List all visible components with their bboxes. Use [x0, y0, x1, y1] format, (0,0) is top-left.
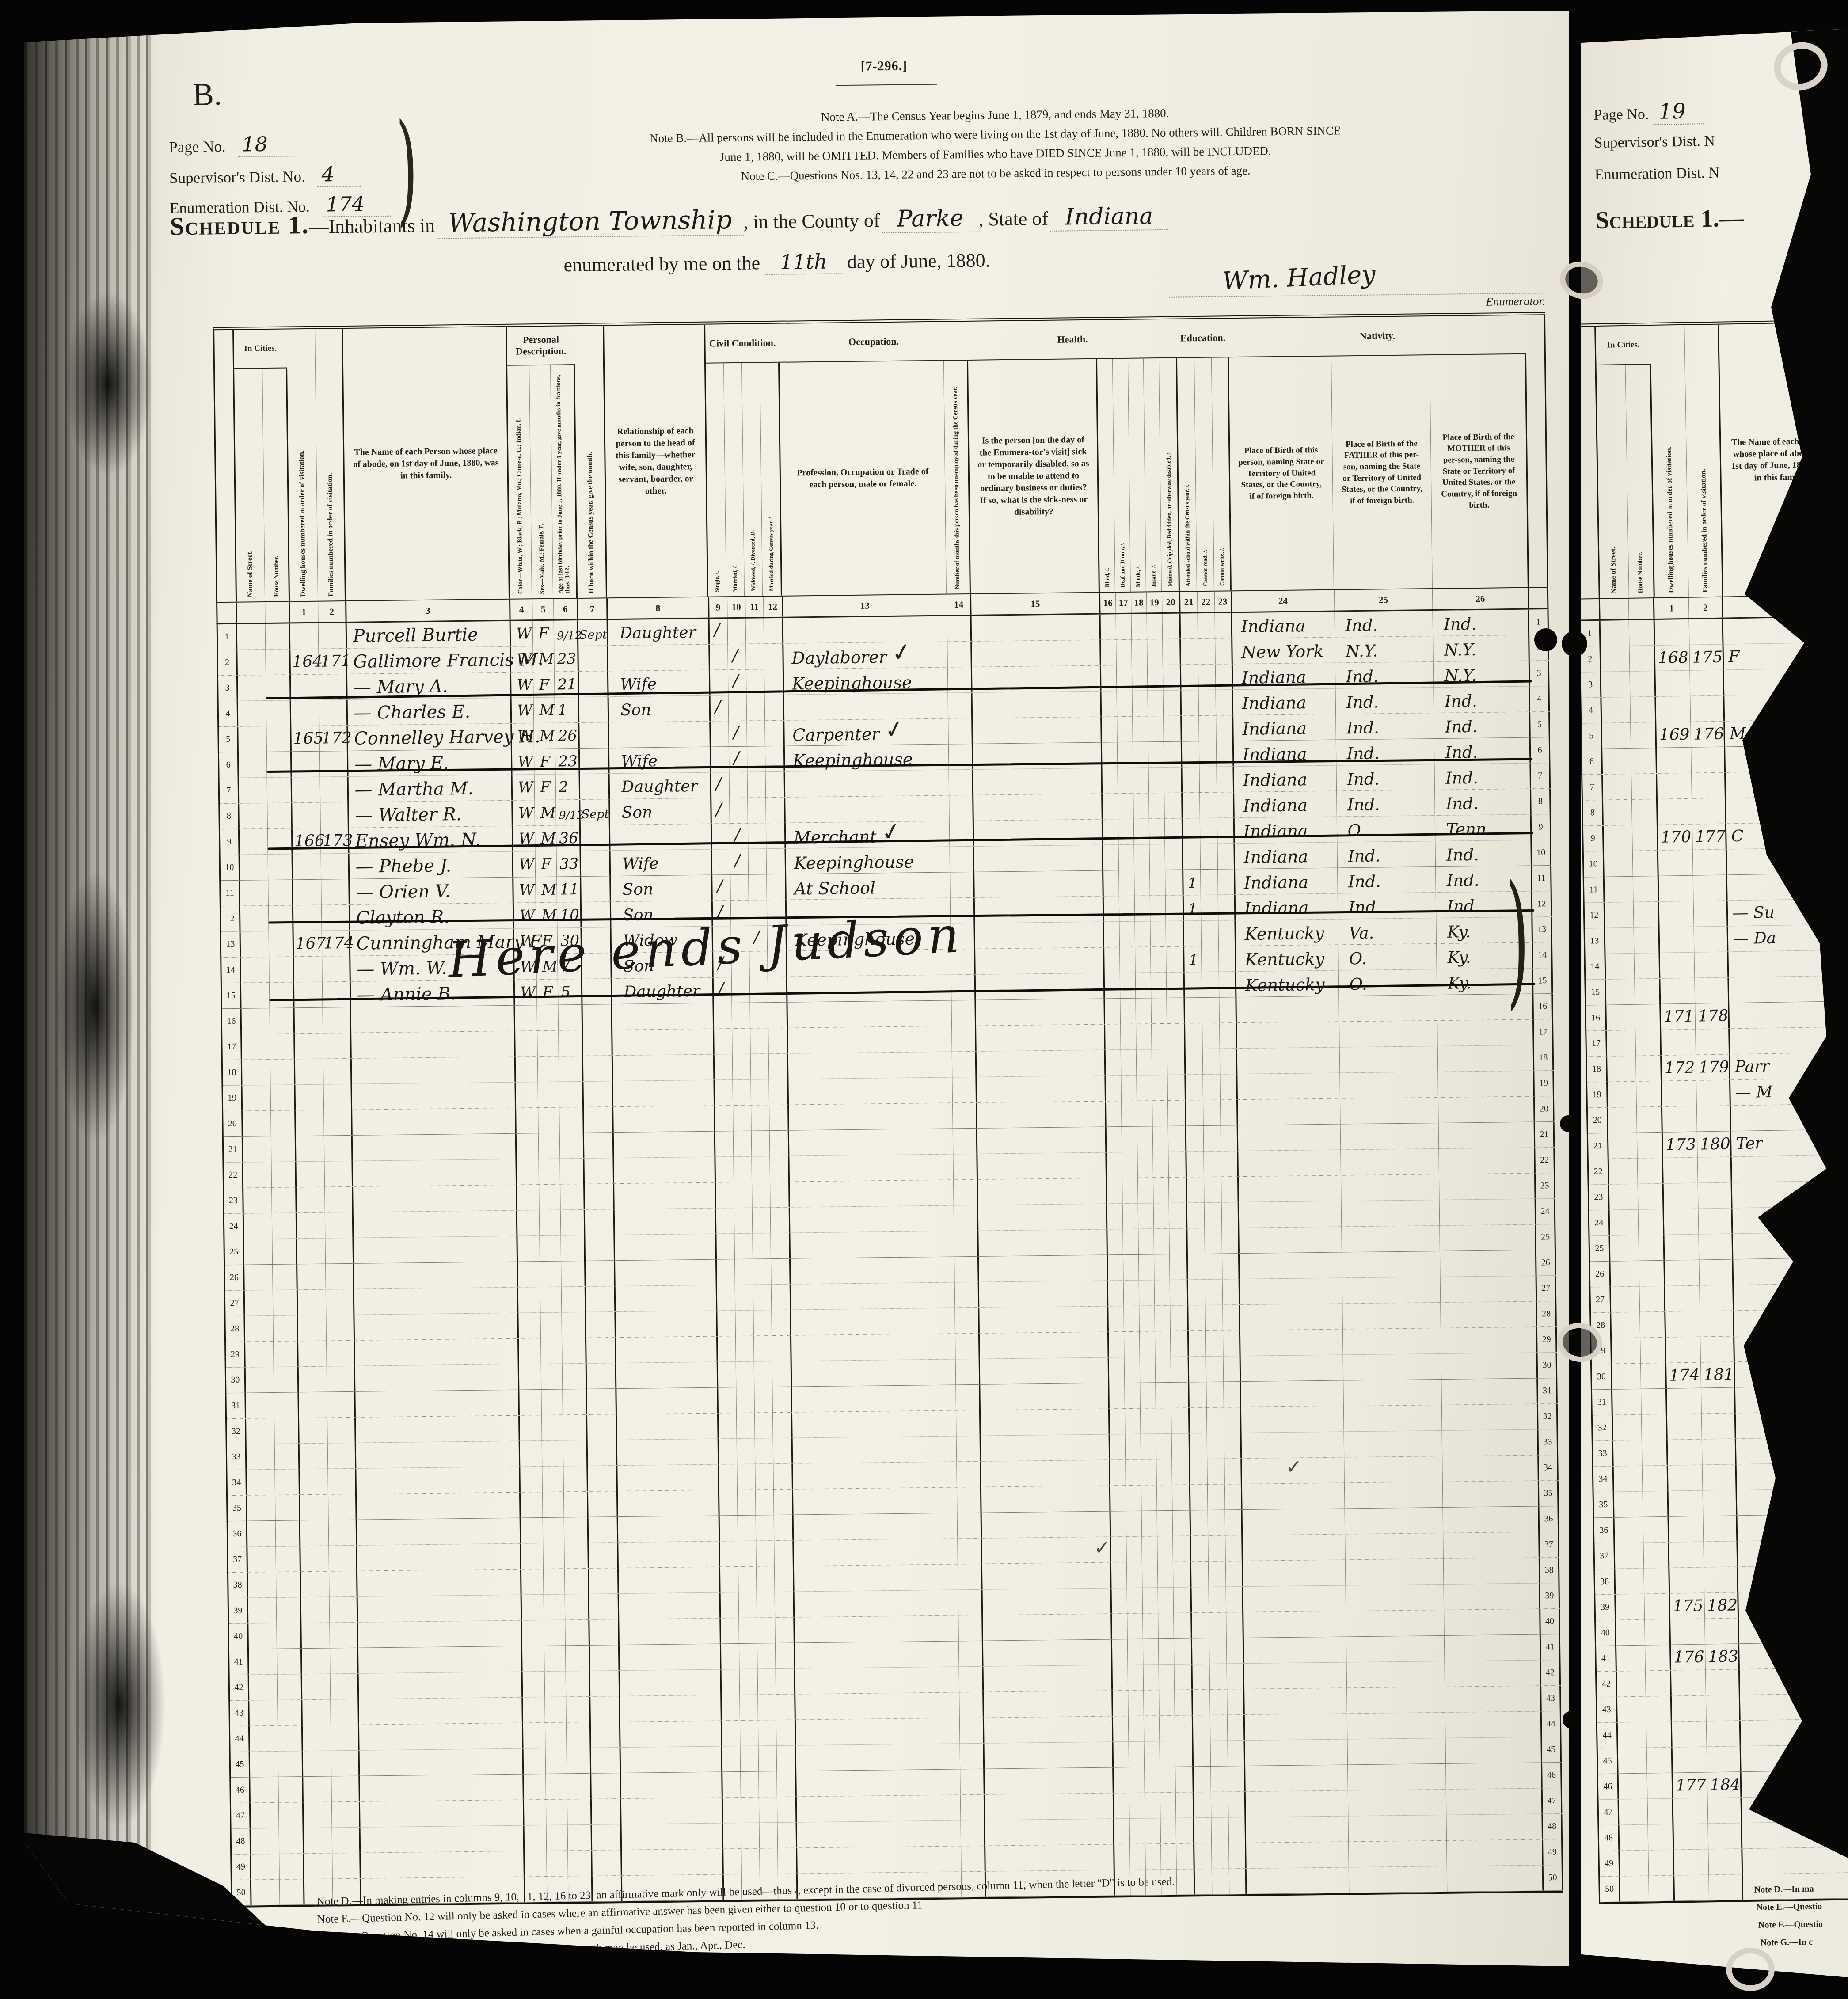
cell-maimed — [1170, 1254, 1188, 1279]
cell-families — [323, 1059, 352, 1084]
person-name: — Annie B. — [357, 984, 456, 1005]
cell-idiotic — [1143, 1613, 1159, 1638]
row-number: 33 — [227, 1444, 247, 1470]
cell-families — [329, 1597, 358, 1623]
cell-deaf — [1129, 1767, 1145, 1793]
column-number-1: 1 — [290, 602, 318, 623]
cell-month — [587, 1363, 617, 1389]
cell-month — [584, 1081, 614, 1107]
cell-relationship — [618, 1490, 719, 1517]
row-number: 39 — [229, 1598, 249, 1623]
cell-relationship — [615, 1209, 716, 1235]
cell-birth_father — [1345, 1533, 1444, 1560]
cell-house — [278, 1751, 303, 1777]
cell-house — [276, 1546, 301, 1572]
cell-house — [1636, 1056, 1662, 1081]
cell-school — [1183, 844, 1201, 869]
right-page-no-label: Page No. — [1593, 106, 1649, 123]
cell-deaf — [1126, 1511, 1142, 1536]
cell-single — [719, 1439, 738, 1464]
age-value: 21 — [557, 676, 577, 693]
row-number: 25 — [1536, 1224, 1556, 1250]
cell-age — [559, 1056, 584, 1082]
cell-married_cy — [770, 1182, 790, 1207]
cell-street — [1610, 1235, 1639, 1261]
cell-birth_mother — [1442, 1404, 1538, 1430]
page-no-label: Page No. — [169, 138, 226, 156]
cell-birth_father — [1342, 1303, 1441, 1329]
cell-birth_mother — [1447, 1814, 1543, 1840]
cell-married — [740, 1746, 759, 1771]
cell-color — [517, 1185, 540, 1210]
cell-blind — [1111, 1537, 1127, 1562]
cell-married — [733, 1080, 751, 1105]
color-value: W — [520, 984, 536, 1001]
cell-cannot_write — [1224, 1407, 1242, 1433]
cell-street — [1608, 1082, 1637, 1107]
row-number: 34 — [227, 1470, 247, 1495]
cell-dwelling — [1662, 1081, 1696, 1106]
cell-birth — [1244, 1688, 1347, 1714]
cell-school: 1 — [1184, 946, 1202, 972]
cell-age — [559, 1107, 584, 1133]
cell-unemployed — [955, 1282, 980, 1308]
cell-relationship: Wife — [609, 747, 711, 774]
cell-families — [1707, 1746, 1741, 1772]
cell-month: Sept — [580, 799, 610, 825]
cell-school — [1188, 1280, 1205, 1305]
cell-cannot_write — [1226, 1587, 1243, 1612]
age-value: 1 — [558, 701, 567, 719]
cell-cannot_write — [1220, 1023, 1237, 1048]
age-value: 5 — [561, 983, 570, 1001]
cell-relationship — [616, 1362, 718, 1389]
cell-dwelling — [300, 1469, 328, 1495]
mother-birthplace-value: Ind. — [1446, 845, 1479, 865]
cell-school — [1190, 1408, 1207, 1433]
stray-check-mark: ✓ — [1285, 1456, 1302, 1478]
cell-single — [720, 1592, 739, 1618]
cell-street — [1605, 928, 1635, 954]
cell-street — [247, 1470, 275, 1495]
cell-street — [1613, 1440, 1643, 1466]
cell-school — [1190, 1510, 1208, 1535]
cell-color — [520, 1390, 542, 1415]
cell-widowed — [755, 1438, 773, 1463]
column-label-families: Families numbered in order of visitation… — [1699, 464, 1711, 597]
cell-profession — [789, 1154, 954, 1181]
table-header: In Cities.Name of Street.House Number.Dw… — [213, 312, 1548, 602]
cell-school — [1191, 1562, 1209, 1587]
sex-value: M — [540, 727, 555, 745]
column-header-relationship: Relationship of each person to the head … — [604, 325, 708, 598]
cell-deaf — [1128, 1691, 1144, 1716]
row-number: 5 — [1582, 723, 1602, 749]
cell-maimed — [1175, 1715, 1194, 1741]
column-label-sex: Sex—Male, M.; Female, F. — [537, 519, 547, 598]
row-number: 34 — [1593, 1467, 1614, 1492]
cell-families — [1703, 1490, 1737, 1516]
cell-widowed — [758, 1720, 777, 1745]
cell-house — [1633, 876, 1659, 902]
column-header-insane: Insane, /. — [1144, 358, 1162, 591]
cell-street — [246, 1367, 274, 1393]
cell-relationship — [617, 1465, 719, 1491]
cell-street — [1601, 697, 1631, 723]
cell-birth_father — [1344, 1482, 1443, 1509]
cell-idiotic — [1144, 1716, 1160, 1741]
cell-blind — [1108, 1255, 1124, 1280]
cell-deaf — [1124, 1281, 1140, 1306]
sex-value: M — [541, 907, 557, 924]
cell-married — [735, 1311, 754, 1336]
cell-families — [320, 751, 349, 777]
dwelling-number: 176 — [1673, 1648, 1704, 1667]
cell-school: 1 — [1184, 895, 1202, 920]
row-number: 46 — [1542, 1763, 1562, 1788]
cell-street — [242, 1060, 271, 1085]
cell-insane — [1151, 998, 1167, 1023]
father-birthplace-value: Ind. — [1348, 872, 1381, 891]
family-number: 175 — [1692, 648, 1723, 667]
cell-house — [1634, 927, 1660, 953]
row-number: 18 — [223, 1060, 243, 1085]
cell-month: Sept — [578, 620, 608, 646]
cell-name: Clayton R. — [350, 903, 514, 930]
cell-month — [586, 1338, 616, 1363]
ink-smudge — [64, 291, 152, 476]
cell-families — [332, 1802, 361, 1828]
row-number: 47 — [231, 1803, 251, 1828]
cell-married_cy — [768, 977, 788, 1002]
cell-street — [1616, 1620, 1646, 1646]
cell-maimed — [1175, 1767, 1194, 1792]
family-number: 179 — [1699, 1058, 1729, 1076]
cell-cannot_read — [1208, 1485, 1225, 1510]
cell-single: / — [709, 619, 728, 644]
cell-widowed — [748, 823, 767, 848]
day-suffix-label: day of June, 1880. — [847, 249, 990, 273]
cell-married — [734, 1131, 752, 1156]
cell-color: W — [511, 621, 533, 646]
cell-widowed — [748, 798, 766, 823]
cell-deaf — [1126, 1486, 1142, 1511]
cell-insane — [1151, 973, 1167, 998]
cell-school — [1188, 1305, 1206, 1330]
cell-house — [267, 752, 292, 777]
cell-color — [519, 1364, 542, 1390]
schedule-inhabitants-label: —Inhabitants in — [309, 215, 435, 238]
cell-street — [249, 1649, 278, 1675]
cell-married_cy — [767, 874, 787, 900]
cell-school — [1193, 1690, 1210, 1715]
cell-birth_father: Ind. — [1337, 790, 1435, 817]
column-header-dwelling: Dwelling houses numbered in order of vis… — [287, 329, 318, 601]
cell-profession — [792, 1410, 957, 1437]
cell-color — [522, 1646, 545, 1672]
cell-sex — [545, 1671, 567, 1697]
cell-idiotic — [1136, 973, 1152, 998]
row-number: 48 — [1599, 1825, 1620, 1851]
cell-house — [266, 726, 292, 752]
cell-school — [1194, 1843, 1212, 1869]
father-birthplace-value: Va. — [1349, 923, 1374, 943]
cell-relationship — [614, 1183, 716, 1209]
cell-dwelling: 174 — [1666, 1363, 1701, 1388]
cell-single — [716, 1208, 735, 1233]
cell-cannot_read — [1209, 1638, 1227, 1664]
cell-street — [246, 1418, 275, 1444]
cell-birth_mother — [1441, 1276, 1537, 1302]
cell-birth_father — [1343, 1380, 1442, 1406]
cell-widowed — [745, 618, 764, 643]
column-label-street: Name of Street. — [1608, 542, 1619, 598]
cell-birth — [1245, 1765, 1348, 1791]
row-number: 2 — [218, 650, 238, 675]
cell-families — [1694, 926, 1728, 952]
cell-profession — [792, 1385, 956, 1412]
cell-maimed — [1174, 1638, 1193, 1664]
cell-families — [1700, 1285, 1734, 1311]
cell-birth_mother — [1438, 1071, 1535, 1097]
cell-cannot_write — [1225, 1535, 1243, 1561]
cell-profession — [791, 1282, 955, 1309]
cell-street — [1619, 1799, 1648, 1825]
cell-house — [1630, 646, 1656, 671]
cell-families — [323, 1084, 352, 1110]
cell-birth: Indiana — [1235, 868, 1338, 895]
family-number: 171 — [320, 652, 351, 671]
cell-house — [273, 1290, 298, 1315]
cell-age — [561, 1210, 586, 1235]
row-number: 30 — [1592, 1364, 1612, 1390]
cell-color — [521, 1518, 544, 1543]
cell-married — [732, 1029, 751, 1054]
cell-dwelling — [1665, 1311, 1700, 1337]
cell-birth — [1245, 1714, 1347, 1740]
cell-married_cy — [768, 1003, 788, 1028]
column-number-2: 2 — [318, 601, 346, 622]
cell-families — [327, 1443, 356, 1469]
cell-house — [1639, 1261, 1665, 1286]
cell-unemployed — [960, 1718, 985, 1744]
cell-sick — [981, 1409, 1110, 1435]
cell-age: 2 — [556, 774, 581, 800]
cell-sick — [974, 820, 1103, 846]
cell-insane — [1155, 1280, 1171, 1305]
column-number-house — [1629, 598, 1654, 619]
cell-name — [353, 1159, 517, 1186]
cell-profession: Merchant✓ — [786, 821, 950, 848]
cell-blind — [1108, 1306, 1124, 1331]
cell-school — [1186, 1049, 1203, 1074]
cell-age — [567, 1722, 591, 1748]
cell-widowed — [755, 1464, 774, 1489]
enumerator-label: Enumerator. — [1412, 294, 1545, 309]
cell-street — [1611, 1312, 1641, 1338]
cell-house — [268, 828, 293, 854]
cell-idiotic — [1141, 1511, 1157, 1536]
cell-maimed — [1173, 1536, 1191, 1561]
cell-unemployed — [959, 1615, 984, 1641]
cell-house — [1639, 1209, 1665, 1235]
right-bottom-notes: Note D.—In ma Note E.—Questio Note F.—Qu… — [1566, 22, 1833, 26]
cell-sex — [545, 1697, 567, 1722]
cell-age — [568, 1851, 593, 1876]
cell-widowed — [759, 1771, 777, 1797]
cell-month — [589, 1568, 619, 1594]
cell-house — [272, 1239, 297, 1264]
cell-street — [241, 931, 270, 957]
cell-dwelling — [295, 1085, 324, 1110]
cell-deaf — [1128, 1639, 1144, 1665]
dwelling-number: 170 — [1661, 828, 1691, 847]
cell-deaf — [1125, 1409, 1141, 1434]
row-number: 33 — [1593, 1441, 1614, 1467]
cell-sex — [544, 1543, 565, 1569]
civil-condition-mark: / — [733, 722, 739, 742]
cell-cannot_write — [1220, 1074, 1238, 1099]
cell-house — [278, 1777, 304, 1802]
column-number-18: 18 — [1131, 592, 1147, 612]
row-number: 12 — [221, 906, 241, 931]
cell-birth — [1239, 1201, 1341, 1228]
person-name: Purcell Burtie — [353, 625, 478, 646]
cell-families — [1708, 1849, 1743, 1874]
cell-single — [715, 1106, 734, 1131]
cell-cannot_read — [1208, 1536, 1226, 1561]
cell-idiotic — [1137, 1152, 1153, 1177]
cell-idiotic — [1131, 614, 1147, 639]
row-number: 29 — [1537, 1327, 1557, 1352]
cell-dwelling — [1669, 1542, 1704, 1568]
cell-married_cy — [765, 721, 785, 746]
cell-relationship — [616, 1388, 718, 1414]
cell-house — [277, 1649, 302, 1674]
cell-street — [240, 829, 268, 855]
column-header-month: If born within the Census year, give the… — [574, 326, 607, 598]
cell-insane — [1158, 1562, 1174, 1587]
cell-unemployed — [948, 642, 973, 667]
mother-birthplace-value: Ind. — [1444, 615, 1476, 634]
cell-house — [1649, 1876, 1675, 1901]
cell-profession — [787, 975, 952, 1002]
cell-street — [1609, 1159, 1639, 1184]
cell-color — [524, 1748, 546, 1774]
color-value: W — [519, 881, 535, 899]
ink-smudge — [73, 1581, 166, 1828]
cell-sex — [543, 1467, 564, 1492]
cell-sick — [977, 1050, 1106, 1077]
cell-color — [525, 1851, 548, 1877]
cell-street — [250, 1726, 278, 1752]
cell-deaf — [1117, 717, 1133, 742]
cell-name — [358, 1646, 523, 1673]
cell-month — [592, 1799, 622, 1824]
cell-families — [1699, 1259, 1734, 1285]
column-label-single: Single, /. — [713, 566, 721, 597]
cell-married: / — [728, 644, 746, 669]
birthplace-value: Indiana — [1243, 821, 1308, 841]
state-label: , State of — [978, 208, 1048, 230]
cell-sick — [976, 1025, 1105, 1051]
column-label-families: Families numbered in order of visitation… — [325, 468, 336, 601]
cell-birth — [1240, 1329, 1343, 1356]
cell-house — [1646, 1671, 1672, 1696]
cell-maimed — [1174, 1613, 1192, 1638]
cell-single — [711, 747, 730, 772]
cell-street — [1620, 1851, 1649, 1876]
cell-street — [241, 1008, 270, 1034]
cell-month — [586, 1312, 616, 1338]
row-number: 4 — [1581, 698, 1602, 723]
column-header-cannot_read: Cannot read, /. — [1194, 358, 1214, 591]
row-number: 40 — [1540, 1609, 1560, 1634]
cell-maimed — [1168, 1126, 1187, 1151]
row-number: 5 — [1530, 712, 1550, 737]
cell-sex — [537, 1005, 559, 1031]
cell-families — [1707, 1721, 1741, 1746]
cell-widowed — [746, 695, 765, 720]
group-title-occupation: Occupation. — [779, 322, 968, 363]
mother-birthplace-value: N.Y. — [1444, 640, 1477, 660]
cell-school — [1186, 1152, 1204, 1177]
cell-cannot_read — [1199, 716, 1217, 741]
column-number-rownum2 — [1529, 588, 1548, 608]
cell-cannot_read — [1208, 1510, 1225, 1535]
cell-relationship — [619, 1618, 721, 1645]
cell-birth_mother — [1442, 1378, 1538, 1404]
cell-sick — [982, 1562, 1111, 1589]
cell-married_cy — [773, 1438, 793, 1463]
column-label-age: Age at last birthday prior to June 1, 18… — [555, 365, 573, 598]
row-number: 39 — [1540, 1583, 1560, 1608]
cell-married — [741, 1849, 760, 1874]
cell-street — [1609, 1210, 1639, 1235]
cell-profession — [784, 693, 948, 720]
row-number: 42 — [1541, 1660, 1561, 1685]
cell-month — [583, 1030, 613, 1056]
cell-cannot_write — [1228, 1792, 1246, 1817]
cell-street — [1611, 1287, 1640, 1312]
cell-cannot_write — [1222, 1279, 1240, 1304]
cell-relationship — [612, 1003, 714, 1030]
cell-profession — [795, 1615, 959, 1642]
cell-families — [1693, 849, 1727, 875]
cell-cannot_write — [1227, 1638, 1244, 1663]
cell-street — [240, 855, 269, 880]
cell-married_cy — [771, 1285, 791, 1310]
cell-birth_mother — [1441, 1301, 1537, 1327]
row-number: 8 — [1531, 789, 1551, 814]
row-number: 17 — [1534, 1019, 1554, 1045]
cell-profession — [789, 1103, 953, 1130]
cell-widowed — [753, 1310, 772, 1335]
cell-age — [566, 1671, 591, 1697]
cell-insane — [1157, 1536, 1173, 1562]
cell-name: — Mary E. — [348, 749, 513, 776]
cell-sick — [979, 1255, 1108, 1282]
cell-house — [273, 1315, 298, 1341]
cell-age — [566, 1646, 590, 1671]
cell-street — [241, 957, 270, 983]
row-number: 23 — [1536, 1173, 1555, 1198]
cell-birth_father — [1342, 1226, 1440, 1252]
cell-street — [1608, 1133, 1638, 1159]
cell-insane — [1156, 1459, 1172, 1485]
cell-birth — [1243, 1560, 1346, 1586]
cell-married_cy — [772, 1361, 792, 1387]
